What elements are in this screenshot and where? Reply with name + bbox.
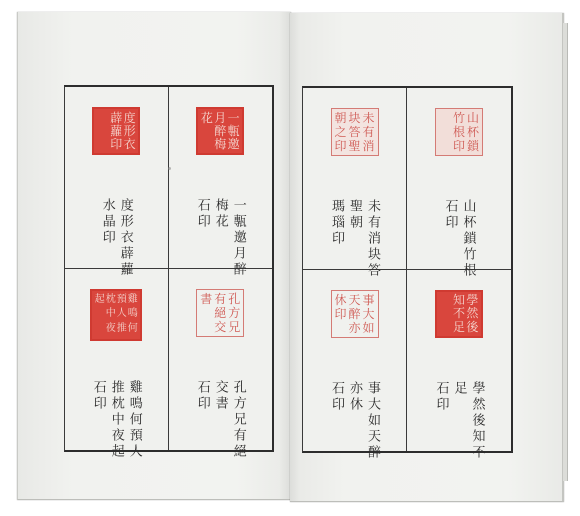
caption-line: 一甎邀月醉 (232, 198, 245, 278)
seal-char: 兄 (227, 320, 241, 334)
caption-line: 梅花 (214, 198, 227, 278)
seal-impression: 學 然 後 知 不 足 (435, 290, 483, 338)
seal-char: 印 (110, 138, 123, 151)
seal-cell-right-bottom-right: 學 然 後 知 不 足 學然後知不 足 石印 (407, 270, 511, 452)
seal-char: 根 (452, 125, 466, 139)
seal-char: 有 (362, 125, 376, 139)
caption-line: 石印 (444, 199, 457, 279)
left-page: 度 形 衣 薜 蘿 印 度形衣薜蘿 水晶印 一 甎 邀 月 (17, 12, 291, 500)
seal-char: 孔 (227, 292, 241, 306)
seal-char: 然 (466, 307, 479, 320)
seal-char: 預 (116, 293, 127, 308)
seal-char: 聖 (348, 139, 362, 153)
caption-line: 水晶印 (101, 198, 114, 278)
seal-char: 块 (348, 111, 362, 125)
seal-char: 答 (348, 125, 362, 139)
seal-char: 邀 (227, 138, 240, 151)
seal-char: 之 (334, 125, 348, 139)
seal-char: 朝 (334, 111, 348, 125)
seal-char: 枕 (105, 293, 116, 308)
seal-char: 鳴 (127, 307, 138, 322)
seal-char: 消 (362, 139, 376, 153)
seal-char: 未 (362, 111, 376, 125)
caption-line: 度形衣薜蘿 (119, 198, 132, 278)
seal-char: 夜 (105, 322, 116, 337)
seal-char: 亦 (348, 321, 362, 335)
seal-char: 薜 (110, 111, 123, 124)
caption-line: 雞鳴何預人 (128, 380, 141, 460)
seal-char: 印 (334, 139, 348, 153)
caption-line: 足 (453, 381, 466, 461)
seal-cell-right-top-right: 山 杯 鎖 竹 根 印 山杯鎖竹根 石印 (407, 88, 511, 270)
seal-char: 形 (123, 124, 136, 137)
seal-char: 推 (116, 322, 127, 337)
seal-char: 何 (127, 322, 138, 337)
seal-char: 印 (334, 307, 348, 321)
seal-caption: 度形衣薜蘿 水晶印 (101, 198, 132, 278)
seal-char: 天 (348, 293, 362, 307)
seal-caption: 雞鳴何預人 推枕中夜起 石印 (92, 380, 141, 460)
seal-char: 山 (466, 111, 480, 125)
seal-caption: 孔方兄有絕 交書 石印 (196, 380, 245, 460)
caption-line: 亦休 (348, 381, 361, 461)
seal-cell-right-bottom-left: 事 大 如 天 醉 亦 休 印 事大如天醉 亦休 石印 (303, 270, 407, 452)
seal-char: 醉 (214, 124, 227, 137)
caption-line: 孔方兄有絕 (232, 380, 245, 460)
seal-char: 梅 (214, 138, 227, 151)
seal-impression: 一 甎 邀 月 醉 梅 花 (196, 107, 244, 155)
caption-line: 山杯鎖竹根 (462, 199, 475, 279)
seal-char: 大 (362, 307, 376, 321)
seal-char: 如 (362, 321, 376, 335)
seal-caption: 學然後知不 足 石印 (435, 381, 484, 461)
seal-impression: 度 形 衣 薜 蘿 印 (92, 107, 140, 155)
page-edge (563, 23, 568, 481)
caption-line: 瑪瑙印 (330, 199, 343, 279)
caption-line: 推枕中夜起 (110, 380, 123, 460)
seal-char: 竹 (452, 111, 466, 125)
seal-char: 蘿 (110, 124, 123, 137)
seal-char: 月 (214, 111, 227, 124)
seal-char: 知 (452, 294, 465, 307)
seal-cell-left-bottom-right: 孔 方 兄 有 絕 交 書 孔方兄有絕 交書 石印 (169, 269, 273, 451)
seal-char: 不 (452, 307, 465, 320)
seal-caption: 一甎邀月醉 梅花 石印 (196, 198, 245, 278)
seal-char: 後 (466, 320, 479, 333)
seal-impression: 孔 方 兄 有 絕 交 書 (196, 289, 244, 337)
seal-char: 交 (213, 320, 227, 334)
seal-char: 花 (200, 111, 213, 124)
caption-line: 石印 (196, 380, 209, 460)
seal-char: 杯 (466, 125, 480, 139)
seal-char: 衣 (123, 138, 136, 151)
seal-cell-left-bottom-left: 雞 鳴 何 預 人 推 枕 中 夜 起 雞鳴何預人 推枕中夜起 石印 (65, 269, 169, 451)
seal-char: 雞 (127, 293, 138, 308)
caption-line: 石印 (196, 198, 209, 278)
seal-char: 有 (213, 292, 227, 306)
seal-char: 人 (116, 307, 127, 322)
caption-line: 未有消块答 (366, 199, 379, 279)
seal-cell-right-top-left: 未 有 消 块 答 聖 朝 之 印 未有消块答 聖朝 瑪瑙印 (303, 88, 407, 270)
seal-char: 醉 (348, 307, 362, 321)
seal-char: 足 (452, 320, 465, 333)
seal-char: 一 (227, 111, 240, 124)
seal-char: 方 (227, 306, 241, 320)
seal-char: 絕 (213, 306, 227, 320)
caption-line: 石印 (92, 380, 105, 460)
seal-char: 事 (362, 293, 376, 307)
seal-impression: 未 有 消 块 答 聖 朝 之 印 (331, 108, 379, 156)
caption-line: 學然後知不 (471, 381, 484, 461)
seal-cell-left-top-left: 度 形 衣 薜 蘿 印 度形衣薜蘿 水晶印 (65, 87, 169, 269)
right-page: 未 有 消 块 答 聖 朝 之 印 未有消块答 聖朝 瑪瑙印 (290, 13, 564, 502)
seal-caption: 山杯鎖竹根 石印 (444, 199, 475, 279)
right-page-frame: 未 有 消 块 答 聖 朝 之 印 未有消块答 聖朝 瑪瑙印 (302, 86, 513, 453)
seal-impression: 事 大 如 天 醉 亦 休 印 (331, 290, 379, 338)
paper-blemish (168, 167, 171, 170)
seal-char: 鎖 (466, 139, 480, 153)
caption-line: 交書 (214, 380, 227, 460)
seal-impression: 山 杯 鎖 竹 根 印 (435, 108, 483, 156)
left-page-frame: 度 形 衣 薜 蘿 印 度形衣薜蘿 水晶印 一 甎 邀 月 (64, 85, 274, 452)
seal-char: 學 (466, 294, 479, 307)
seal-char: 度 (123, 111, 136, 124)
seal-char: 書 (199, 292, 213, 306)
seal-char: 甎 (227, 124, 240, 137)
caption-line: 事大如天醉 (366, 381, 379, 461)
seal-char: 中 (105, 307, 116, 322)
seal-impression: 雞 鳴 何 預 人 推 枕 中 夜 起 (90, 289, 142, 341)
seal-caption: 事大如天醉 亦休 石印 (330, 381, 379, 461)
seal-cell-left-top-right: 一 甎 邀 月 醉 梅 花 一甎邀月醉 梅花 石印 (169, 87, 273, 269)
seal-char: 休 (334, 293, 348, 307)
seal-char: 起 (94, 293, 105, 308)
seal-caption: 未有消块答 聖朝 瑪瑙印 (330, 199, 379, 279)
caption-line: 石印 (330, 381, 343, 461)
seal-char: 印 (452, 139, 466, 153)
caption-line: 聖朝 (348, 199, 361, 279)
caption-line: 石印 (435, 381, 448, 461)
